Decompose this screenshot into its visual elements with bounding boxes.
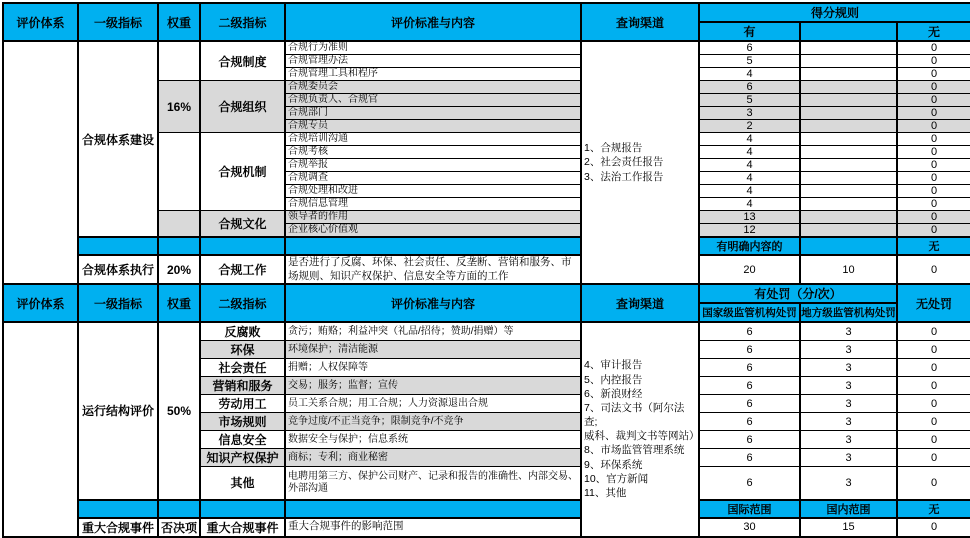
level2-cell: 合规工作	[200, 255, 285, 284]
level2-cell: 社会责任	[200, 359, 285, 377]
header1-level2: 二级指标	[200, 3, 285, 41]
channel-line: 5、内控报告	[584, 373, 696, 387]
channel-line: 7、司法文书（阿尔法查;	[584, 401, 696, 429]
criteria-cell: 数据安全与保护；信息系统	[285, 431, 581, 449]
level1-cell: 重大合规事件	[78, 518, 158, 537]
penalty-local-cell: 3	[800, 431, 897, 449]
score-mid-cell	[800, 55, 897, 68]
score-yes-cell: 4	[699, 68, 800, 81]
channel-cell: 4、审计报告 5、内控报告 6、新浪财经 7、司法文书（阿尔法查; 威科、裁判文…	[581, 322, 699, 537]
criteria-item-cell: 合规行为准则	[285, 41, 581, 55]
criteria-item-cell: 合规管理办法	[285, 55, 581, 68]
level2-cell: 劳动用工	[200, 395, 285, 413]
level2-cell: 环保	[200, 341, 285, 359]
compliance-evaluation-table: 评价体系 一级指标 权重 二级指标 评价标准与内容 查询渠道 得分规则 有 无 …	[2, 2, 970, 538]
score-mid-cell	[800, 211, 897, 224]
score-yes-cell: 20	[699, 255, 800, 284]
penalty-none-cell: 0	[897, 431, 970, 449]
criteria-cell: 是否进行了反腐、环保、社会责任、反垄断、营销和服务、市场规则、知识产权保护、信息…	[285, 255, 581, 284]
separator-cell	[158, 500, 200, 518]
header1-criteria: 评价标准与内容	[285, 3, 581, 41]
header1-score-mid	[800, 22, 897, 41]
score-yes-cell: 4	[699, 172, 800, 185]
score-yes-cell: 4	[699, 133, 800, 146]
score-mid-cell	[800, 81, 897, 94]
penalty-national-cell: 6	[699, 431, 800, 449]
channel-line: 4、审计报告	[584, 358, 696, 372]
score-yes-cell: 5	[699, 94, 800, 107]
separator-yes-cell: 有明确内容的	[699, 237, 800, 255]
penalty-local-cell: 3	[800, 395, 897, 413]
criteria-cell: 环境保护；清洁能源	[285, 341, 581, 359]
header2-level2: 二级指标	[200, 284, 285, 322]
penalty-none-cell: 0	[897, 395, 970, 413]
penalty-none-cell: 0	[897, 413, 970, 431]
criteria-cell: 电聘用第三方、保护公司财产、记录和报告的准确性、内部交易、外部沟通	[285, 467, 581, 500]
score-domestic-cell: 15	[800, 518, 897, 537]
penalty-local-cell: 3	[800, 377, 897, 395]
criteria-cell: 贪污；贿赂；利益冲突（礼品/招待；赞助/捐赠）等	[285, 322, 581, 341]
header2-no-penalty: 无处罚	[897, 284, 970, 322]
criteria-item-cell: 合规专员	[285, 120, 581, 133]
score-international-cell: 30	[699, 518, 800, 537]
weight-cell: 50%	[158, 322, 200, 500]
criteria-cell: 竞争过度/不正当竞争；限制竞争/不竞争	[285, 413, 581, 431]
penalty-local-cell: 3	[800, 467, 897, 500]
penalty-none-cell: 0	[897, 449, 970, 467]
channel-line: 10、官方新闻	[584, 472, 696, 486]
score-no-cell: 0	[897, 146, 970, 159]
level2-cell: 其他	[200, 467, 285, 500]
level2-cell: 合规文化	[200, 211, 285, 238]
header2-penalty-national: 国家级监管机构处罚	[699, 303, 800, 322]
criteria-cell: 捐赠；人权保障等	[285, 359, 581, 377]
separator-international-cell: 国际范围	[699, 500, 800, 518]
header1-system: 评价体系	[3, 3, 78, 41]
header1-score-yes: 有	[699, 22, 800, 41]
penalty-national-cell: 6	[699, 413, 800, 431]
criteria-item-cell: 合规考核	[285, 146, 581, 159]
header2-penalty-local: 地方级监管机构处罚	[800, 303, 897, 322]
header1-level1: 一级指标	[78, 3, 158, 41]
separator-cell	[158, 237, 200, 255]
score-no-cell: 0	[897, 211, 970, 224]
score-mid-cell	[800, 120, 897, 133]
level2-cell: 市场规则	[200, 413, 285, 431]
penalty-none-cell: 0	[897, 377, 970, 395]
score-mid-cell	[800, 159, 897, 172]
level1-cell: 合规体系建设	[78, 41, 158, 237]
channel-line: 6、新浪财经	[584, 387, 696, 401]
criteria-cell: 员工关系合规；用工合规；人力资源退出合规	[285, 395, 581, 413]
score-no-cell: 0	[897, 133, 970, 146]
penalty-local-cell: 3	[800, 413, 897, 431]
weight-cell: 否决项	[158, 518, 200, 537]
level2-cell: 知识产权保护	[200, 449, 285, 467]
header1-weight: 权重	[158, 3, 200, 41]
header1-score-rule: 得分规则	[699, 3, 970, 22]
score-mid-cell	[800, 107, 897, 120]
channel-cell: 1、合规报告 2、社会责任报告 3、法治工作报告	[581, 41, 699, 284]
score-no-cell: 0	[897, 172, 970, 185]
score-no-cell: 0	[897, 120, 970, 133]
separator-no-cell: 无	[897, 500, 970, 518]
channel-line: 2、社会责任报告	[584, 155, 696, 169]
penalty-local-cell: 3	[800, 359, 897, 377]
separator-domestic-cell: 国内范围	[800, 500, 897, 518]
separator-cell	[285, 500, 581, 518]
level2-cell: 合规制度	[200, 41, 285, 81]
score-yes-cell: 12	[699, 224, 800, 238]
level2-cell: 营销和服务	[200, 377, 285, 395]
weight-cell	[158, 41, 200, 81]
score-yes-cell: 4	[699, 159, 800, 172]
criteria-cell: 商标；专利；商业秘密	[285, 449, 581, 467]
penalty-local-cell: 3	[800, 449, 897, 467]
separator-cell	[200, 500, 285, 518]
score-yes-cell: 4	[699, 198, 800, 211]
score-yes-cell: 3	[699, 107, 800, 120]
criteria-item-cell: 领导者的作用	[285, 211, 581, 224]
penalty-local-cell: 3	[800, 341, 897, 359]
penalty-national-cell: 6	[699, 322, 800, 341]
score-no-cell: 0	[897, 107, 970, 120]
channel-line: 9、环保系统	[584, 458, 696, 472]
criteria-item-cell: 合规调查	[285, 172, 581, 185]
penalty-national-cell: 6	[699, 341, 800, 359]
score-no-cell: 0	[897, 224, 970, 238]
criteria-item-cell: 合规负责人、合规官	[285, 94, 581, 107]
score-no-cell: 0	[897, 68, 970, 81]
criteria-item-cell: 合规处理和改进	[285, 185, 581, 198]
system-cell-section2	[3, 322, 78, 537]
score-mid-cell	[800, 41, 897, 55]
criteria-item-cell: 企业核心价值观	[285, 224, 581, 238]
score-no-cell: 0	[897, 185, 970, 198]
system-cell-section1	[3, 41, 78, 284]
header1-score-no: 无	[897, 22, 970, 41]
level2-cell: 反腐败	[200, 322, 285, 341]
level2-cell: 信息安全	[200, 431, 285, 449]
level2-cell: 合规组织	[200, 81, 285, 133]
criteria-item-cell: 合规举报	[285, 159, 581, 172]
level1-cell: 运行结构评价	[78, 322, 158, 500]
level2-cell: 合规机制	[200, 133, 285, 211]
score-mid-cell	[800, 172, 897, 185]
criteria-item-cell: 合规培训沟通	[285, 133, 581, 146]
score-no-cell: 0	[897, 94, 970, 107]
separator-cell	[200, 237, 285, 255]
penalty-national-cell: 6	[699, 449, 800, 467]
score-mid-cell	[800, 133, 897, 146]
score-yes-cell: 4	[699, 146, 800, 159]
penalty-national-cell: 6	[699, 359, 800, 377]
weight-cell	[158, 211, 200, 238]
score-mid-cell	[800, 146, 897, 159]
separator-mid-cell	[800, 237, 897, 255]
weight-cell: 16%	[158, 81, 200, 133]
score-mid-cell	[800, 198, 897, 211]
score-mid-cell	[800, 185, 897, 198]
header2-level1: 一级指标	[78, 284, 158, 322]
criteria-item-cell: 合规部门	[285, 107, 581, 120]
score-mid-cell	[800, 94, 897, 107]
penalty-none-cell: 0	[897, 359, 970, 377]
penalty-none-cell: 0	[897, 322, 970, 341]
compliance-evaluation-table-page: 评价体系 一级指标 权重 二级指标 评价标准与内容 查询渠道 得分规则 有 无 …	[0, 2, 970, 534]
score-yes-cell: 6	[699, 81, 800, 94]
score-no-cell: 0	[897, 255, 970, 284]
score-no-cell: 0	[897, 81, 970, 94]
score-no-cell: 0	[897, 41, 970, 55]
penalty-national-cell: 6	[699, 377, 800, 395]
separator-cell	[78, 500, 158, 518]
header2-penalty: 有处罚（分/次）	[699, 284, 897, 303]
level2-cell: 重大合规事件	[200, 518, 285, 537]
penalty-none-cell: 0	[897, 467, 970, 500]
score-yes-cell: 13	[699, 211, 800, 224]
separator-cell	[78, 237, 158, 255]
criteria-item-cell: 合规委员会	[285, 81, 581, 94]
score-yes-cell: 4	[699, 185, 800, 198]
channel-line: 8、市场监管管理系统	[584, 443, 696, 457]
score-yes-cell: 6	[699, 41, 800, 55]
penalty-national-cell: 6	[699, 467, 800, 500]
header2-criteria: 评价标准与内容	[285, 284, 581, 322]
score-no-cell: 0	[897, 198, 970, 211]
score-no-cell: 0	[897, 55, 970, 68]
score-no-cell: 0	[897, 518, 970, 537]
channel-line: 3、法治工作报告	[584, 170, 696, 184]
separator-cell	[285, 237, 581, 255]
score-yes-cell: 5	[699, 55, 800, 68]
header2-system: 评价体系	[3, 284, 78, 322]
header2-weight: 权重	[158, 284, 200, 322]
criteria-cell: 交易；服务；监督；宣传	[285, 377, 581, 395]
score-no-cell: 0	[897, 159, 970, 172]
level1-cell: 合规体系执行	[78, 255, 158, 284]
penalty-none-cell: 0	[897, 341, 970, 359]
weight-cell: 20%	[158, 255, 200, 284]
weight-cell	[158, 133, 200, 211]
criteria-item-cell: 合规信息管理	[285, 198, 581, 211]
penalty-national-cell: 6	[699, 395, 800, 413]
channel-line: 威科、裁判文书等网站）	[584, 429, 696, 443]
penalty-local-cell: 3	[800, 322, 897, 341]
criteria-cell: 重大合规事件的影响范围	[285, 518, 581, 537]
channel-line: 1、合规报告	[584, 141, 696, 155]
score-mid-cell: 10	[800, 255, 897, 284]
score-yes-cell: 2	[699, 120, 800, 133]
score-mid-cell	[800, 68, 897, 81]
separator-no-cell: 无	[897, 237, 970, 255]
criteria-item-cell: 合规管理工具和程序	[285, 68, 581, 81]
header1-channel: 查询渠道	[581, 3, 699, 41]
score-mid-cell	[800, 224, 897, 238]
header2-channel: 查询渠道	[581, 284, 699, 322]
channel-line: 11、其他	[584, 486, 696, 500]
